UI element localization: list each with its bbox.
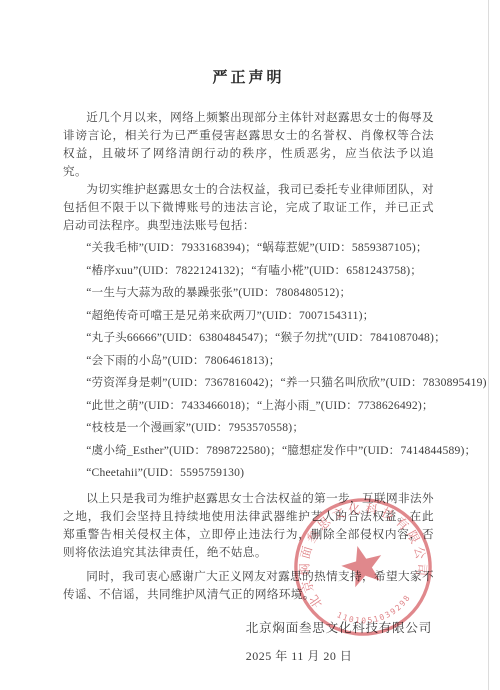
paragraph: 近几个月以来，网络上频繁出现部分主体针对赵露思女士的侮辱及诽谤言论，相关行为已严… (63, 109, 434, 181)
signature-block: 北京焖面叁思文化科技有限公司 2025 年 11 月 20 日 (246, 618, 432, 664)
paragraph: 以上只是我司为维护赵露思女士合法权益的第一步，互联网非法外之地，我们会坚持且持续… (63, 490, 434, 562)
paragraph: 同时，我司衷心感谢广大正义网友对露思的热情支持，希望大家不传谣、不信谣，共同维护… (63, 568, 434, 604)
signature-date: 2025 年 11 月 20 日 (246, 647, 432, 664)
account-line: “Cheetahii”(UID：5595759130) (63, 467, 434, 480)
page-title: 严正声明 (63, 66, 434, 87)
account-line: “劳资浑身是刺”(UID：7367816042)；“养一只猫名叫欣欣”(UID：… (63, 377, 434, 390)
account-line: “超绝传奇可噹王是兄弟来砍两刀”(UID：7007154311)； (63, 310, 434, 323)
account-line: “此世之萌”(UID：7433466018)；“上海小雨_”(UID：77386… (63, 400, 434, 413)
account-line: “丸子头66666”(UID：6380484547)；“猴子勿扰”(UID：78… (63, 332, 434, 345)
paragraph: 为切实维护赵露思女士的合法权益，我司已委托专业律师团队，对包括但不限于以下微博账… (63, 181, 434, 235)
account-line: “关我毛柿”(UID：7933168394)；“蜗莓惹妮”(UID：585938… (63, 242, 434, 255)
account-line: “枝枝是一个漫画家”(UID：7953570558)； (63, 422, 434, 435)
account-line: “椿序xuu”(UID：7822124132)；“有嗑小椛”(UID：65812… (63, 265, 434, 278)
closing-paragraphs: 以上只是我司为维护赵露思女士合法权益的第一步，互联网非法外之地，我们会坚持且持续… (63, 490, 434, 604)
statement-document: 严正声明 近几个月以来，网络上频繁出现部分主体针对赵露思女士的侮辱及诽谤言论，相… (0, 0, 500, 664)
account-line: “会下雨的小岛”(UID：7806461813)； (63, 355, 434, 368)
account-line: “虞小绮_Esther”(UID：7898722580)；“臆想症发作中”(UI… (63, 445, 434, 458)
signature-company: 北京焖面叁思文化科技有限公司 (246, 618, 432, 636)
statement-photo: 严正声明 近几个月以来，网络上频繁出现部分主体针对赵露思女士的侮辱及诽谤言论，相… (0, 0, 500, 690)
account-list: “关我毛柿”(UID：7933168394)；“蜗莓惹妮”(UID：585938… (63, 242, 434, 480)
account-line: “一生与大蒜为敌的暴躁张张”(UID：7808480512)； (63, 287, 434, 300)
intro-paragraphs: 近几个月以来，网络上频繁出现部分主体针对赵露思女士的侮辱及诽谤言论，相关行为已严… (63, 109, 434, 235)
